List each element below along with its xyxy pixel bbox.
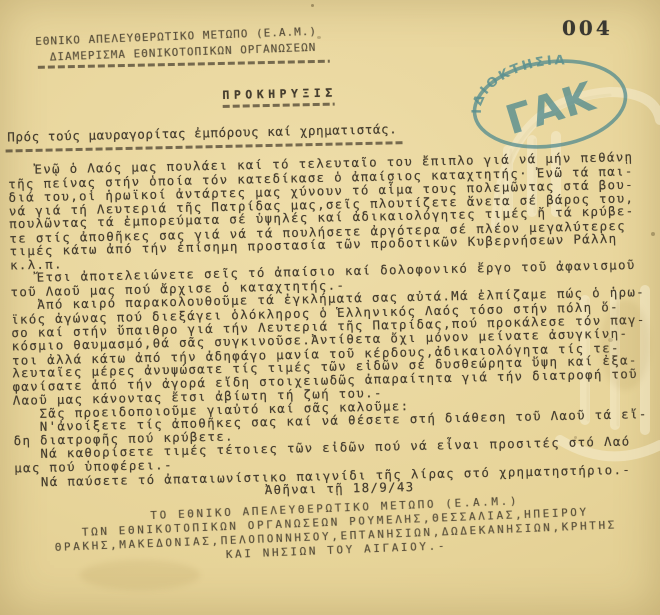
paper-stain xyxy=(80,560,200,590)
paper-stain xyxy=(600,300,650,390)
dashed-underline xyxy=(223,103,335,108)
signature-block: ΤΟ ΕΘΝΙΚΟ ΑΠΕΛΕΥΘΕΡΩΤΙΚΟ ΜΕΤΩΠΟ (Ε.Α.Μ.)… xyxy=(15,489,657,571)
date-line: Ἀθῆναι τῇ 18/9/43 xyxy=(265,479,415,497)
stamp-main-text: ΓΑΚ xyxy=(501,73,602,144)
paper-speck xyxy=(574,436,577,439)
scanned-document-page: 004 ΕΘΝΙΚΟ ΑΠΕΛΕΥΘΕΡΩΤΙΚΟ ΜΕΤΩΠΟ (Ε.Α.Μ.… xyxy=(0,0,660,615)
paper-speck xyxy=(424,156,427,159)
letterhead: ΕΘΝΙΚΟ ΑΠΕΛΕΥΘΕΡΩΤΙΚΟ ΜΕΤΩΠΟ (Ε.Α.Μ.) ΔΙ… xyxy=(35,25,318,64)
body-text: Ἐνῷ ὁ Λαός μας πουλάει καί τό τελευταῖο … xyxy=(8,150,660,489)
proclamation-title: ΠΡΟΚΗΡΥΞΙΣ xyxy=(222,86,337,102)
salutation-line: Πρός τούς μαυραγορίτας ἐμπόρους καί χρημ… xyxy=(7,121,397,144)
paper-speck xyxy=(651,232,655,236)
paper-speck xyxy=(317,36,321,39)
paper-speck xyxy=(311,4,314,7)
